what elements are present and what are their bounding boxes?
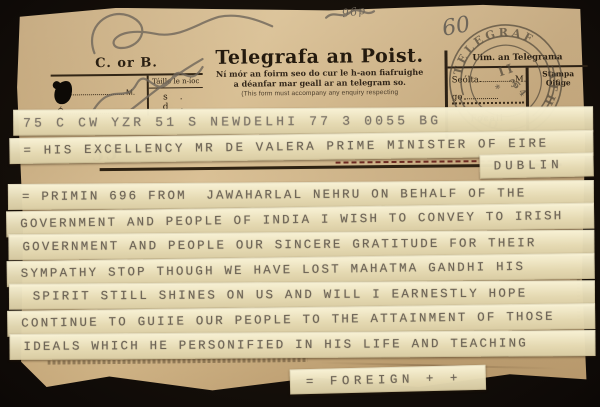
body-line-text: SYMPATHY STOP THOUGH WE HAVE LOST MAHATM…: [7, 260, 526, 281]
body-line-text: = PRIMIN 696 FROM JAWAHARLAL NEHRU ON BE…: [8, 186, 527, 204]
charge-box-title: C. or B.: [50, 55, 202, 72]
address-text: = HIS EXCELLENCY MR DE VALERA PRIME MINI…: [9, 137, 548, 159]
body-line-text: IDEALS WHICH HE PERSONIFIED IN HIS LIFE …: [9, 336, 528, 354]
form-masthead: Telegrafa an Poist. Ní mór an foirm seo …: [198, 45, 441, 99]
telegram-form-sheet: C. or B. M. Ó Táille le n-íoc s. d. Tele…: [14, 3, 590, 401]
city-text: DUBLIN: [479, 158, 562, 174]
signature-text: = FOREIGN + +: [290, 371, 462, 389]
sent-suffix-label: M.: [126, 88, 135, 97]
body-line-text: SPIRIT STILL SHINES ON US AND WILL I EAR…: [9, 287, 528, 304]
body-line-text: GOVERNMENT AND PEOPLE OUR SINCERE GRATIT…: [8, 236, 536, 254]
form-title: Telegrafa an Poist.: [198, 45, 440, 70]
postmark-inner-line3: 54: [510, 80, 530, 102]
telegram-strip-city: DUBLIN: [479, 152, 593, 178]
preamble-text: 75 C CW YZR 51 S NEWDELHI 77 3 0055 BG: [13, 113, 441, 131]
body-line-text: CONTINUE TO GUIIE OUR PEOPLE TO THE ATTA…: [7, 310, 555, 331]
fee-label: Táille le n-íoc: [149, 75, 203, 89]
charge-box: C. or B. M. Ó Táille le n-íoc s. d.: [50, 55, 203, 117]
telegram-strip-body-line: IDEALS WHICH HE PERSONIFIED IN HIS LIFE …: [9, 330, 595, 360]
telegram-strip-signature: = FOREIGN + +: [290, 365, 487, 395]
pencil-number: 60: [440, 12, 472, 42]
telegram-photo: C. or B. M. Ó Táille le n-íoc s. d. Tele…: [0, 0, 600, 407]
form-subtitle-irish-2: a déanfar mar geall ar an telegram so.: [199, 77, 441, 90]
body-line-text: GOVERNMENT AND PEOPLE OF INDIA I WISH TO…: [6, 209, 563, 231]
